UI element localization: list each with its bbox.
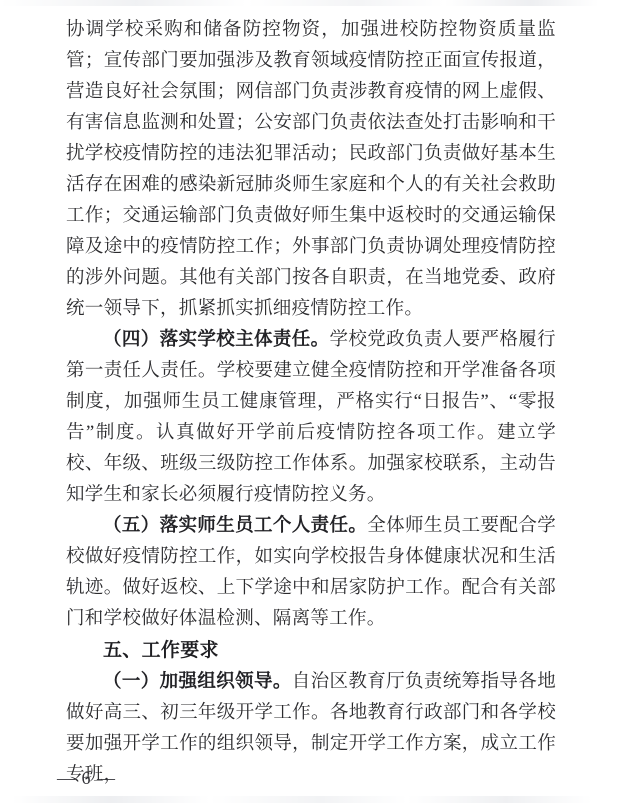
paragraph: 协调学校采购和储备防控物资，加强进校防控物资质量监管；宣传部门要加强涉及教育领域… <box>66 15 556 325</box>
paragraph: （一）加强组织领导。自治区教育厅负责统筹指导各地做好高三、初三年级开学工作。各地… <box>66 667 556 791</box>
document-page: 协调学校采购和储备防控物资，加强进校防控物资质量监管；宣传部门要加强涉及教育领域… <box>0 0 617 803</box>
paragraph: （五）落实师生员工个人责任。全体师生员工要配合学校做好疫情防控工作，如实向学校报… <box>66 511 556 635</box>
scan-artifact-top <box>0 0 617 6</box>
scan-artifact-bottom <box>0 796 617 803</box>
paragraph: （四）落实学校主体责任。学校党政负责人要严格履行第一责任人责任。学校要建立健全疫… <box>66 325 556 511</box>
text-run: 学校党政负责人要严格履行第一责任人责任。学校要建立健全疫情防控和开学准备各项制度… <box>66 330 556 505</box>
emphasis-run: （五）落实师生员工个人责任。 <box>103 516 367 536</box>
page-number-footer: — 6 — <box>57 768 116 789</box>
emphasis-run: （四）落实学校主体责任。 <box>103 330 330 350</box>
emphasis-run: （一）加强组织领导。 <box>103 672 292 692</box>
section-heading: 五、工作要求 <box>66 635 556 667</box>
emphasis-run: 五、工作要求 <box>103 640 219 661</box>
text-run: 协调学校采购和储备防控物资，加强进校防控物资质量监管；宣传部门要加强涉及教育领域… <box>66 20 556 319</box>
document-body: 协调学校采购和储备防控物资，加强进校防控物资质量监管；宣传部门要加强涉及教育领域… <box>66 15 556 791</box>
page-number: — 6 — <box>57 768 116 788</box>
